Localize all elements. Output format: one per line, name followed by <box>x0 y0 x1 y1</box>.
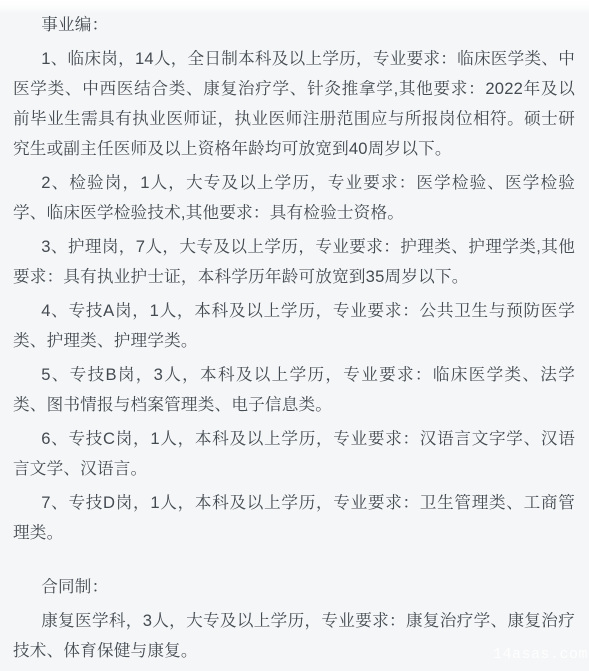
section-separator <box>13 552 575 572</box>
position-item-clinical: 1、临床岗，14人，全日制本科及以上学历，专业要求：临床医学类、中医学类、中西医… <box>13 44 575 164</box>
position-item-lab-testing: 2、检验岗，1人，大专及以上学历，专业要求：医学检验、医学检验学、临床医学检验技… <box>13 168 575 228</box>
position-item-tech-c: 6、专技C岗，1人，本科及以上学历，专业要求：汉语言文字学、汉语言文学、汉语言。 <box>13 424 575 484</box>
document-page: 事业编： 1、临床岗，14人，全日制本科及以上学历，专业要求：临床医学类、中医学… <box>0 0 589 671</box>
section-heading-contract: 合同制： <box>13 572 575 602</box>
job-listing-document: 事业编： 1、临床岗，14人，全日制本科及以上学历，专业要求：临床医学类、中医学… <box>0 0 589 666</box>
section-heading-public-institution: 事业编： <box>13 10 575 40</box>
position-item-tech-d: 7、专技D岗，1人，本科及以上学历，专业要求：卫生管理类、工商管理类。 <box>13 488 575 548</box>
position-item-tech-a: 4、专技A岗，1人，本科及以上学历，专业要求：公共卫生与预防医学类、护理类、护理… <box>13 296 575 356</box>
position-item-tech-b: 5、专技B岗，3人，本科及以上学历，专业要求：临床医学类、法学类、图书情报与档案… <box>13 360 575 420</box>
position-item-nursing: 3、护理岗，7人，大专及以上学历，专业要求：护理类、护理学类,其他要求：具有执业… <box>13 232 575 292</box>
position-item-rehabilitation: 康复医学科，3人，大专及以上学历，专业要求：康复治疗学、康复治疗技术、体育保健与… <box>13 606 575 666</box>
